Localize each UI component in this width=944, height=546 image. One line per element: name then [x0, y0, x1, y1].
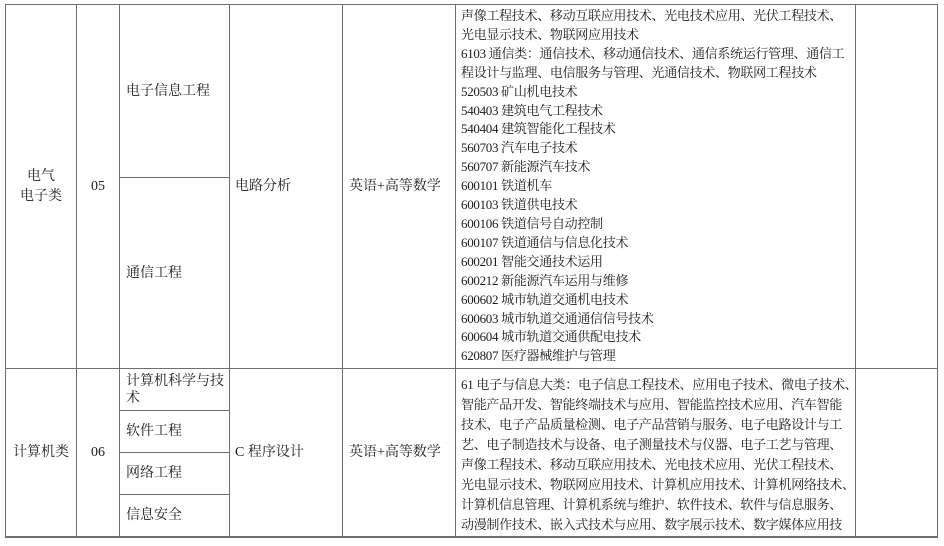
major-cell: 通信工程 — [120, 178, 229, 368]
eligible-major-line: 600201 智能交通技术运用 — [461, 253, 854, 272]
table-row-computer: 计算机类 06 计算机科学与技术 软件工程 网络工程 信息安全 C 程序设计 英… — [6, 369, 937, 536]
eligible-major-line: 光电显示技术、物联网应用技术 — [461, 26, 854, 45]
professional-course-label: C 程序设计 — [230, 443, 304, 463]
major-cell: 网络工程 — [120, 453, 229, 495]
category-code-cell: 06 — [76, 369, 119, 536]
eligible-major-line: 6103 通信类：通信技术、移动通信技术、通信系统运行管理、通信工 — [461, 45, 854, 64]
eligible-major-line: 艺、电子制造技术与设备、电子测量技术与仪器、电子工艺与管理、 — [461, 435, 854, 455]
professional-course-label: 电路分析 — [230, 177, 291, 197]
professional-course-cell: C 程序设计 — [229, 369, 342, 536]
eligible-major-line: 61 电子与信息大类：电子信息工程技术、应用电子技术、微电子技术、 — [461, 375, 854, 395]
eligible-major-line: 计算机信息管理、计算机系统与维护、软件技术、软件与信息服务、 — [461, 495, 854, 515]
major-label: 软件工程 — [126, 423, 182, 440]
exam-subjects-cell: 英语+高等数学 — [342, 5, 455, 368]
eligible-major-line: 540403 建筑电气工程技术 — [461, 102, 854, 121]
eligible-major-line: 光电显示技术、物联网应用技术、计算机应用技术、计算机网络技术、 — [461, 475, 854, 495]
eligible-major-line: 600101 铁道机车 — [461, 177, 854, 196]
eligible-major-line: 520503 矿山机电技术 — [461, 83, 854, 102]
eligible-major-line: 程设计与监理、电信服务与管理、光通信技术、物联网工程技术 — [461, 64, 854, 83]
admission-majors-table: 电气 电子类 05 电子信息工程 通信工程 电路分析 英语+高等数学 声像工程技… — [5, 4, 938, 538]
category-label: 计算机类 — [13, 443, 69, 463]
category-code-cell: 05 — [76, 5, 119, 368]
exam-subjects-label: 英语+高等数学 — [343, 177, 441, 197]
eligible-major-line: 560707 新能源汽车技术 — [461, 158, 854, 177]
eligible-major-line: 600106 铁道信号自动控制 — [461, 215, 854, 234]
category-code-label: 05 — [91, 177, 105, 197]
remark-cell — [855, 5, 937, 368]
category-code-label: 06 — [91, 443, 105, 463]
major-cell: 软件工程 — [120, 411, 229, 453]
eligible-major-line: 智能产品开发、智能终端技术与应用、智能监控技术应用、汽车智能 — [461, 395, 854, 415]
eligible-major-line: 动漫制作技术、嵌入式技术与应用、数字展示技术、数字媒体应用技 — [461, 515, 854, 535]
eligible-major-line: 600107 铁道通信与信息化技术 — [461, 234, 854, 253]
exam-subjects-label: 英语+高等数学 — [343, 443, 441, 463]
eligible-major-line: 620807 医疗器械维护与管理 — [461, 347, 854, 366]
eligible-major-line: 声像工程技术、移动互联应用技术、光电技术应用、光伏工程技术、 — [461, 455, 854, 475]
major-label: 电子信息工程 — [126, 83, 210, 100]
eligible-major-line: 540404 建筑智能化工程技术 — [461, 120, 854, 139]
eligible-major-line: 600603 城市轨道交通通信信号技术 — [461, 310, 854, 329]
professional-course-cell: 电路分析 — [229, 5, 342, 368]
eligible-major-line: 声像工程技术、移动互联应用技术、光电技术应用、光伏工程技术、 — [461, 7, 854, 26]
eligible-majors-cell: 61 电子与信息大类：电子信息工程技术、应用电子技术、微电子技术、智能产品开发、… — [455, 369, 855, 536]
undergraduate-majors-cell: 电子信息工程 通信工程 — [119, 5, 229, 368]
exam-subjects-cell: 英语+高等数学 — [342, 369, 455, 536]
major-label: 计算机科学与技术 — [126, 373, 228, 407]
eligible-major-line: 600212 新能源汽车运用与维修 — [461, 272, 854, 291]
major-cell: 计算机科学与技术 — [120, 369, 229, 411]
table-row-electrical-electronics: 电气 电子类 05 电子信息工程 通信工程 电路分析 英语+高等数学 声像工程技… — [6, 5, 937, 369]
major-cell: 信息安全 — [120, 495, 229, 536]
eligible-major-line: 技术、电子产品质量检测、电子产品营销与服务、电子电路设计与工 — [461, 415, 854, 435]
eligible-major-line: 600604 城市轨道交通供配电技术 — [461, 328, 854, 347]
major-cell: 电子信息工程 — [120, 5, 229, 178]
category-label: 电气 电子类 — [20, 167, 62, 207]
undergraduate-majors-cell: 计算机科学与技术 软件工程 网络工程 信息安全 — [119, 369, 229, 536]
eligible-major-line: 560703 汽车电子技术 — [461, 139, 854, 158]
major-label: 通信工程 — [126, 265, 182, 282]
category-cell: 计算机类 — [6, 369, 76, 536]
major-label: 网络工程 — [126, 465, 182, 482]
eligible-majors-cell: 声像工程技术、移动互联应用技术、光电技术应用、光伏工程技术、光电显示技术、物联网… — [455, 5, 855, 368]
category-cell: 电气 电子类 — [6, 5, 76, 368]
eligible-major-line: 600103 铁道供电技术 — [461, 196, 854, 215]
remark-cell — [855, 369, 937, 536]
eligible-major-line: 600602 城市轨道交通机电技术 — [461, 291, 854, 310]
major-label: 信息安全 — [126, 507, 182, 524]
